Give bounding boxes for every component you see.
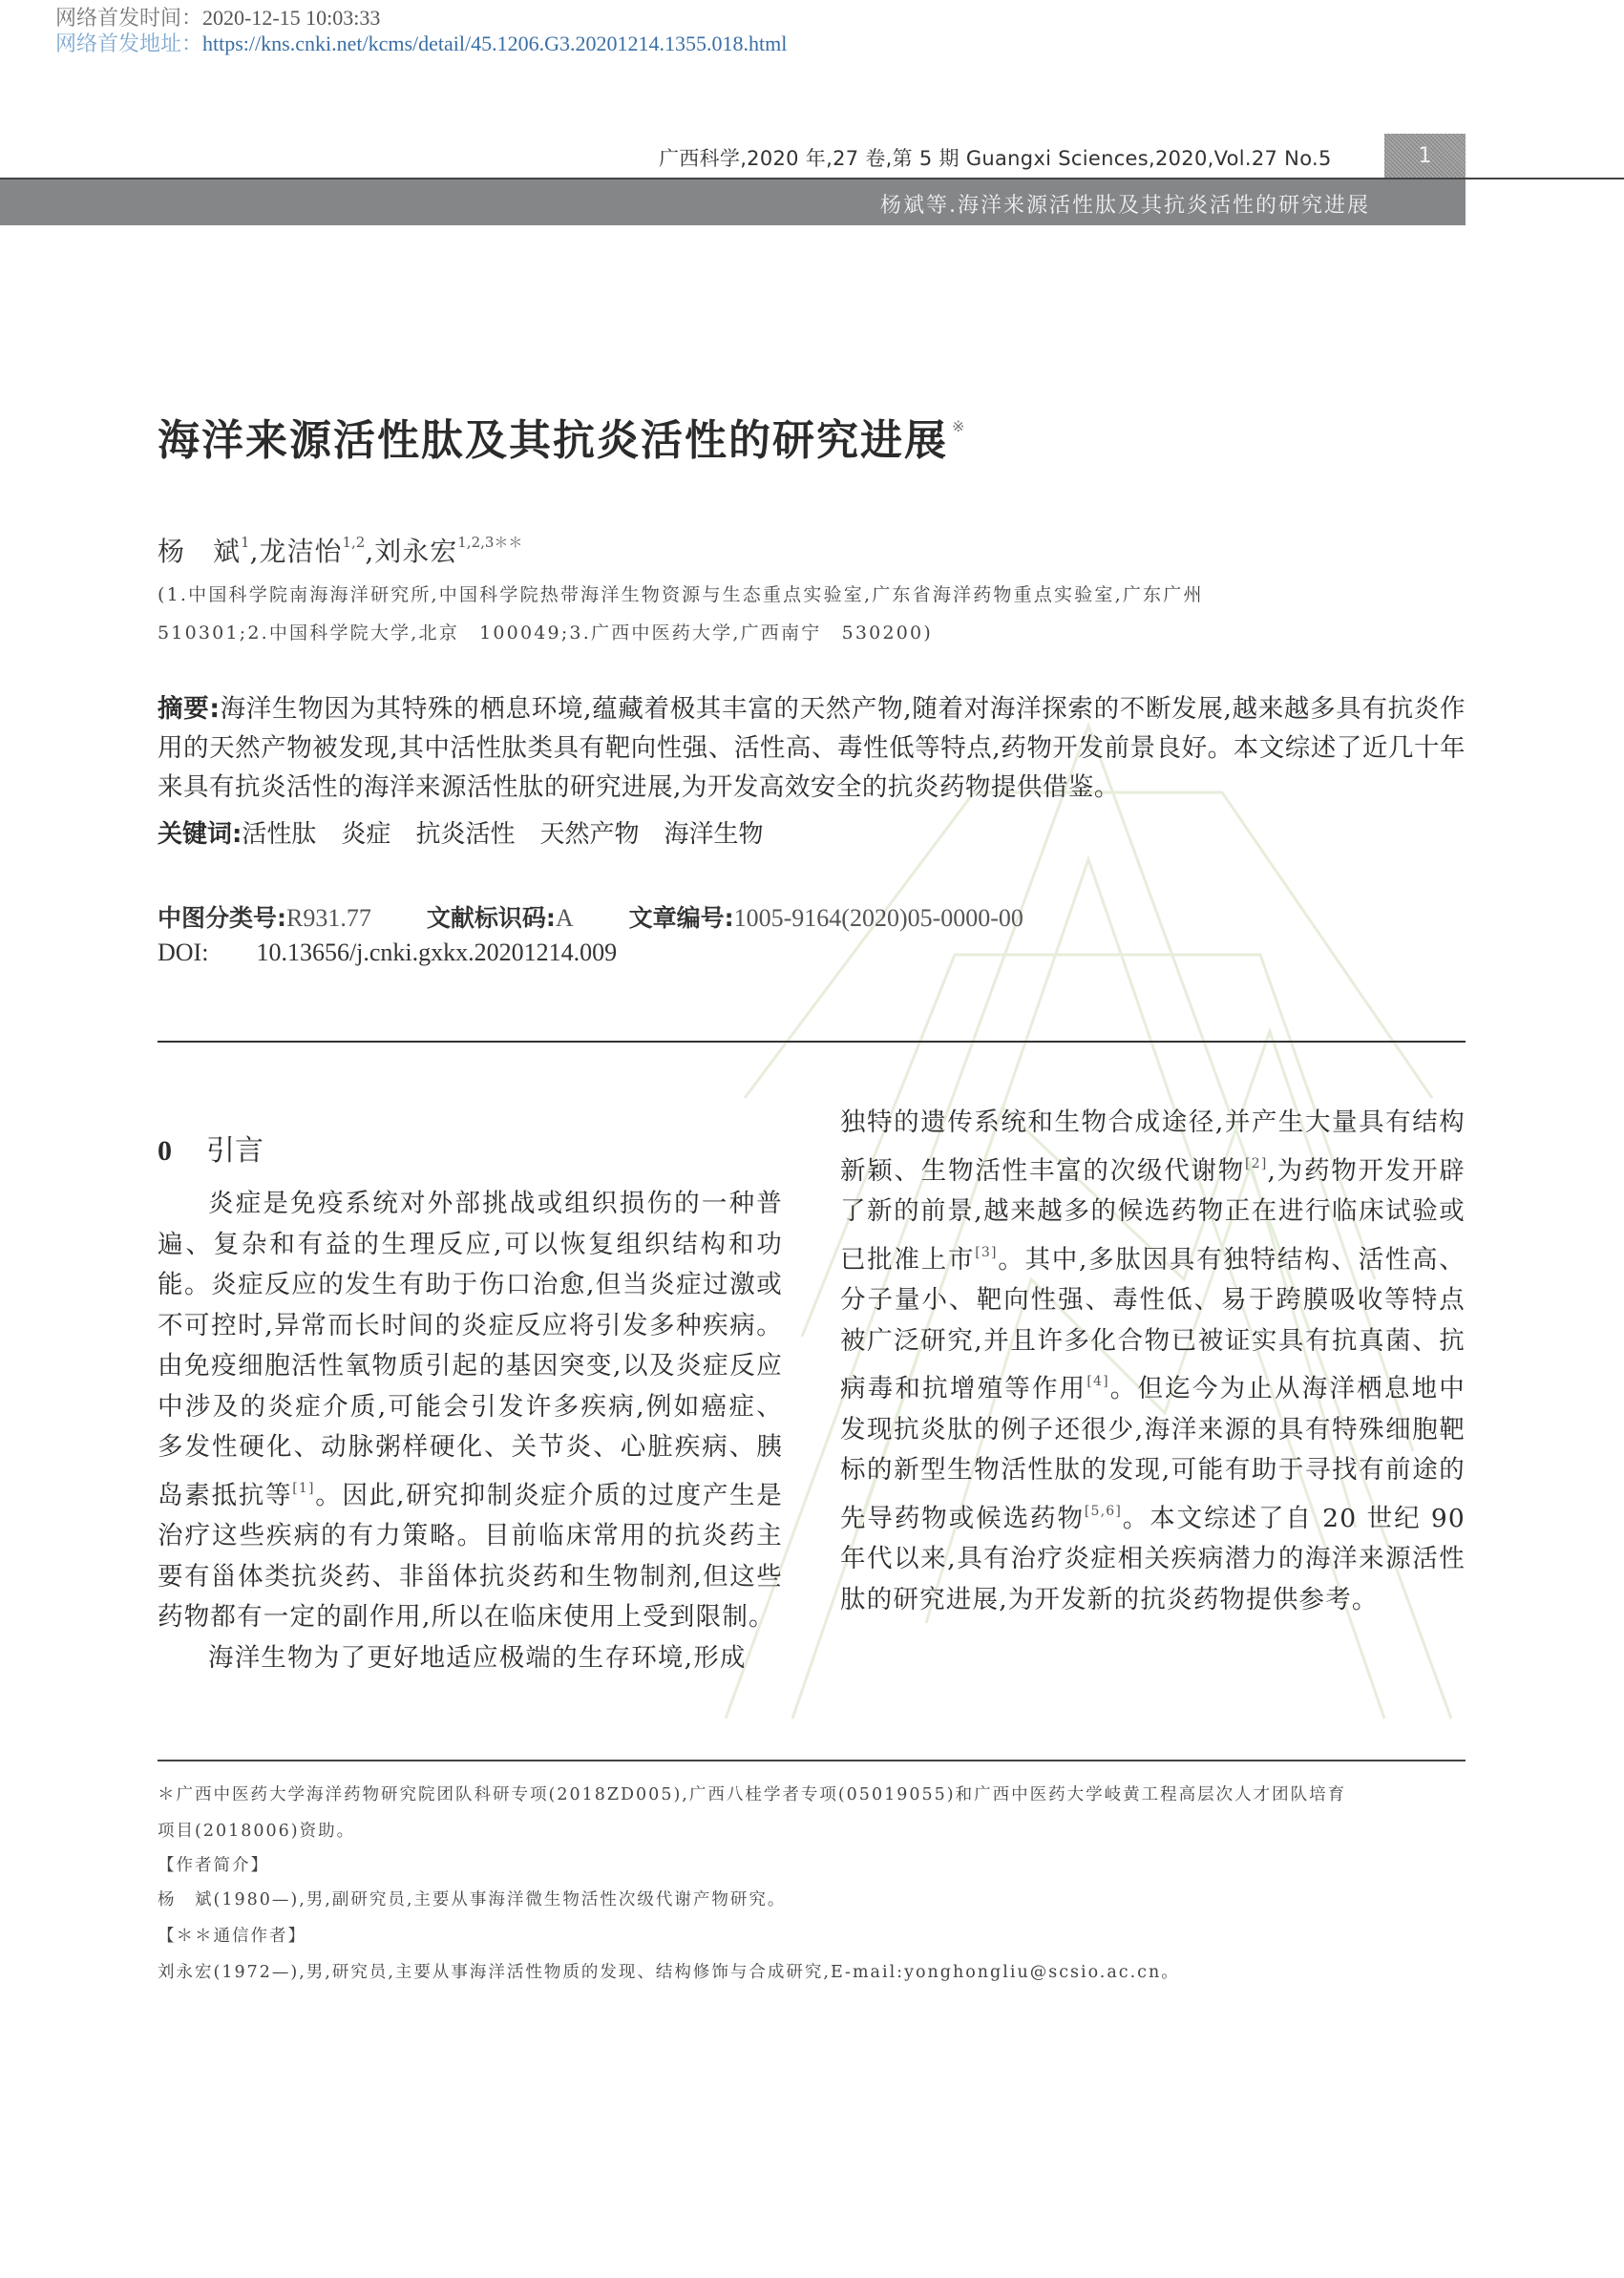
paragraph: 炎症是免疫系统对外部挑战或组织损伤的一种普遍、复杂和有益的生理反应,可以恢复组织… xyxy=(158,1184,783,1638)
header-band-text: 杨斌等.海洋来源活性肽及其抗炎活性的研究进展 xyxy=(880,189,1370,219)
funding-note: 项目(2018006)资助。 xyxy=(158,1818,355,1842)
paragraph: 独特的遗传系统和生物合成途径,并产生大量具有结构新颖、生物活性丰富的次级代谢物[… xyxy=(840,1103,1466,1620)
doc-code-value: A xyxy=(556,904,574,932)
section-number: 0 xyxy=(158,1135,172,1167)
corresponding-label: 【＊＊通信作者】 xyxy=(158,1923,306,1947)
citation-ref[interactable]: [2] xyxy=(1245,1156,1267,1171)
author-intro-label: 【作者简介】 xyxy=(158,1852,269,1876)
section-heading: 0引言 xyxy=(158,1127,264,1169)
article-no-value: 1005-9164(2020)05-0000-00 xyxy=(734,904,1023,932)
header-band: 杨斌等.海洋来源活性肽及其抗炎活性的研究进展 xyxy=(0,179,1466,225)
clc-label: 中图分类号: xyxy=(158,904,286,932)
author-intro: 杨 斌(1980—),男,副研究员,主要从事海洋微生物活性次级代谢产物研究。 xyxy=(158,1887,786,1910)
doi-line: DOI:10.13656/j.cnki.gxkx.20201214.009 xyxy=(158,939,617,967)
funding-note: ＊广西中医药大学海洋药物研究院团队科研专项(2018ZD005),广西八桂学者专… xyxy=(158,1782,1346,1805)
footnote-divider xyxy=(158,1760,1466,1761)
keyword: 炎症 xyxy=(341,820,390,849)
author-affil-sup: 1,2 xyxy=(342,534,365,551)
author-affil-sup: 1,2,3＊＊ xyxy=(457,534,522,551)
paragraph: 海洋生物为了更好地适应极端的生存环境,形成 xyxy=(158,1638,783,1679)
article-no-label: 文章编号: xyxy=(629,904,734,932)
abstract-divider xyxy=(158,1041,1466,1043)
publish-time-value: 2020-12-15 10:03:33 xyxy=(202,6,380,30)
citation-ref[interactable]: [3] xyxy=(975,1245,997,1260)
doc-code-label: 文献标识码: xyxy=(427,904,556,932)
online-publish-url: 网络首发地址：https://kns.cnki.net/kcms/detail/… xyxy=(55,32,787,56)
body-column-right: 独特的遗传系统和生物合成途径,并产生大量具有结构新颖、生物活性丰富的次级代谢物[… xyxy=(840,1103,1466,1620)
article-title: 海洋来源活性肽及其抗炎活性的研究进展※ xyxy=(158,406,966,467)
affiliation-line: 510301;2.中国科学院大学,北京 100049;3.广西中医药大学,广西南… xyxy=(158,619,933,644)
article-title-text: 海洋来源活性肽及其抗炎活性的研究进展 xyxy=(158,416,948,465)
citation-ref[interactable]: [5,6] xyxy=(1085,1504,1122,1519)
publish-url-label: 网络首发地址： xyxy=(55,32,202,55)
affiliation-line: (1.中国科学院南海海洋研究所,中国科学院热带海洋生物资源与生态重点实验室,广东… xyxy=(158,580,1204,606)
doi-label: DOI: xyxy=(158,939,208,966)
keyword: 抗炎活性 xyxy=(415,820,515,849)
doi-value[interactable]: 10.13656/j.cnki.gxkx.20201214.009 xyxy=(256,939,617,966)
keywords: 关键词:活性肽炎症抗炎活性天然产物海洋生物 xyxy=(158,814,788,850)
publish-time-label: 网络首发时间： xyxy=(55,6,202,30)
author-affil-sup: 1 xyxy=(241,534,250,551)
abstract-text: 海洋生物因为其特殊的栖息环境,蕴藏着极其丰富的天然产物,随着对海洋探索的不断发展… xyxy=(158,694,1466,802)
online-publish-time: 网络首发时间：2020-12-15 10:03:33 xyxy=(55,6,380,31)
author-name: 龙洁怡 xyxy=(259,536,342,567)
keyword: 活性肽 xyxy=(242,820,316,849)
author-name: 刘永宏 xyxy=(374,536,457,567)
corresponding-author: 刘永宏(1972—),男,研究员,主要从事海洋活性物质的发现、结构修饰与合成研究… xyxy=(158,1959,1180,1983)
page-number: 1 xyxy=(1384,134,1466,179)
keyword: 海洋生物 xyxy=(664,820,763,849)
classification-line: 中图分类号:R931.77文献标识码:A文章编号:1005-9164(2020)… xyxy=(158,899,1079,934)
abstract: 摘要:海洋生物因为其特殊的栖息环境,蕴藏着极其丰富的天然产物,随着对海洋探索的不… xyxy=(158,689,1466,807)
publish-url-link[interactable]: https://kns.cnki.net/kcms/detail/45.1206… xyxy=(202,32,787,55)
abstract-label: 摘要: xyxy=(158,694,220,724)
section-title: 引言 xyxy=(206,1134,264,1168)
author-name: 杨 斌 xyxy=(158,536,241,567)
citation-ref[interactable]: [1] xyxy=(292,1481,314,1496)
citation-ref[interactable]: [4] xyxy=(1086,1374,1108,1389)
funding-mark: ※ xyxy=(952,417,966,435)
keywords-label: 关键词: xyxy=(158,820,242,849)
journal-running-head: 广西科学,2020 年,27 卷,第 5 期 Guangxi Sciences,… xyxy=(659,143,1332,172)
keyword: 天然产物 xyxy=(539,820,639,849)
body-column-left: 炎症是免疫系统对外部挑战或组织损伤的一种普遍、复杂和有益的生理反应,可以恢复组织… xyxy=(158,1184,783,1678)
author-list: 杨 斌1,龙洁怡1,2,刘永宏1,2,3＊＊ xyxy=(158,531,522,569)
clc-value: R931.77 xyxy=(286,904,371,932)
